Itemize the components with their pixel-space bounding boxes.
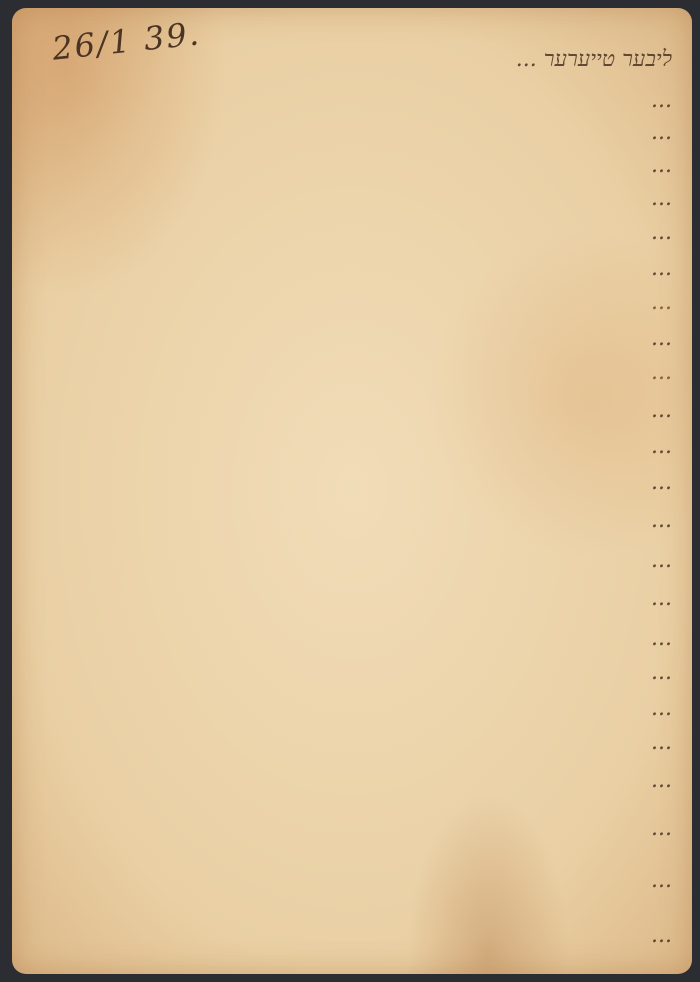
handwritten-line: ...: [651, 256, 672, 281]
handwritten-line: ...: [651, 360, 672, 385]
handwritten-line: ...: [651, 398, 672, 423]
handwritten-line: ...: [651, 730, 672, 755]
date-header: 26/1 39.: [50, 14, 202, 67]
handwritten-line: ...: [651, 434, 672, 459]
handwritten-line: ...: [651, 186, 672, 211]
handwritten-line: ...: [651, 626, 672, 651]
handwritten-line: ...: [651, 326, 672, 351]
handwritten-line: ליבער טייערער ...: [516, 46, 672, 72]
handwritten-line: ...: [651, 660, 672, 685]
handwritten-line: ...: [651, 290, 672, 315]
handwritten-line: ...: [651, 470, 672, 495]
handwritten-line: ...: [651, 923, 672, 948]
handwritten-line: ...: [651, 768, 672, 793]
handwritten-line: ...: [651, 816, 672, 841]
handwritten-line: ...: [651, 220, 672, 245]
handwritten-line: ...: [651, 120, 672, 145]
handwritten-line: ...: [651, 548, 672, 573]
handwritten-line: ...: [651, 88, 672, 113]
handwritten-line: ...: [651, 696, 672, 721]
handwritten-line: ...: [651, 508, 672, 533]
handwritten-line: ...: [651, 153, 672, 178]
handwritten-line: ...: [651, 868, 672, 893]
handwritten-line: ...: [651, 586, 672, 611]
postcard: 26/1 39. ליבער טייערער ... ... ... ... .…: [12, 8, 692, 974]
